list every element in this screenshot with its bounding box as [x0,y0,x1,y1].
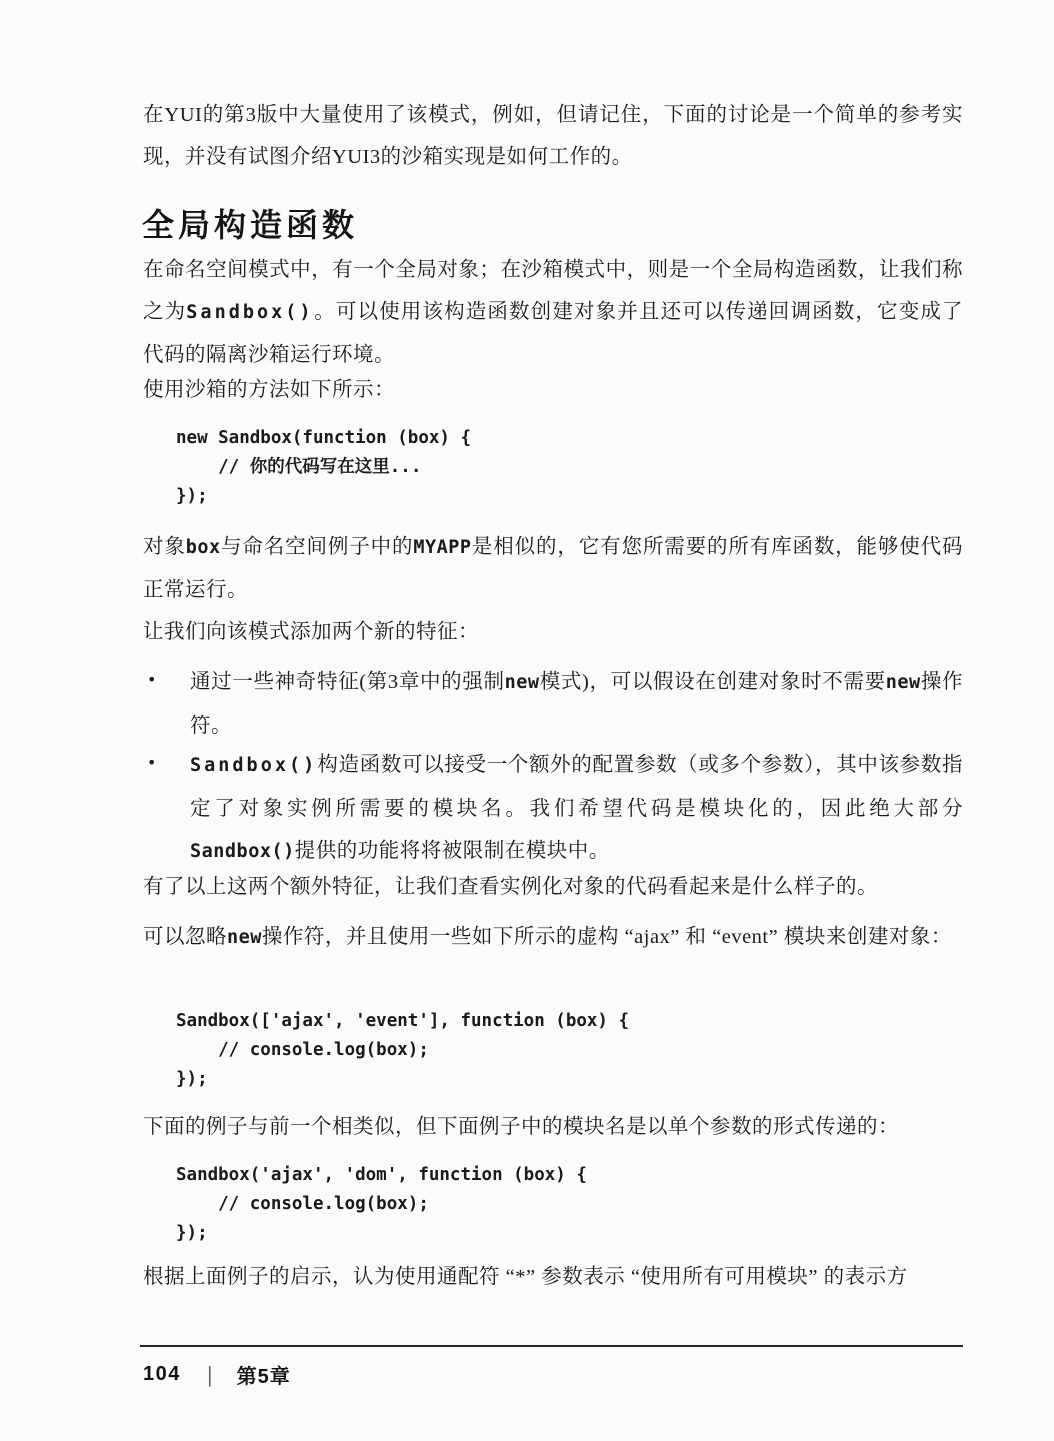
code-block-ajax-dom: Sandbox('ajax', 'dom', function (box) { … [176,1161,587,1248]
bullet-marker-icon: • [147,670,156,689]
text-run: 对象 [143,536,186,558]
inline-code: MYAPP [413,537,471,558]
feature-item-text: Sandbox()构造函数可以接受一个额外的配置参数（或多个参数），其中该参数指… [190,744,963,874]
page-footer: 104 | 第5章 [143,1360,291,1389]
inline-code: new [886,672,921,693]
text-run: 在YUI的第3版中大量使用了该模式，例如，但请记住，下面的讨论是一个简单的参考实… [143,104,963,168]
intro-paragraph: 在YUI的第3版中大量使用了该模式，例如，但请记住，下面的讨论是一个简单的参考实… [143,94,963,178]
text-run: 通过一些神奇特征(第3章中的强制 [190,671,505,693]
feature-item-config-params: • Sandbox()构造函数可以接受一个额外的配置参数（或多个参数），其中该参… [143,744,963,874]
text-run: 与命名空间例子中的 [221,536,414,558]
after-features-paragraph: 有了以上这两个额外特征，让我们查看实例化对象的代码看起来是什么样子的。 [143,866,963,908]
text-run: 根据上面例子的启示，认为使用通配符 “*” 参数表示 “使用所有可用模块” 的表… [143,1266,908,1288]
namespace-paragraph: 在命名空间模式中，有一个全局对象；在沙箱模式中，则是一个全局构造函数，让我们称之… [143,249,963,376]
box-myapp-paragraph: 对象box与命名空间例子中的MYAPP是相似的，它有您所需要的所有库函数，能够使… [143,526,963,611]
inline-code: Sandbox() [190,755,317,776]
footer-divider: | [208,1362,211,1388]
feature-item-text: 通过一些神奇特征(第3章中的强制new模式)，可以假设在创建对象时不需要new操… [190,661,963,747]
text-run: 让我们向该模式添加两个新的特征： [143,621,479,643]
text-run: 使用沙箱的方法如下所示： [143,379,395,401]
feature-item-new-operator: • 通过一些神奇特征(第3章中的强制new模式)，可以假设在创建对象时不需要ne… [143,661,963,747]
bullet-marker-icon: • [147,753,156,772]
inline-code: box [186,537,221,558]
text-run: 模式)，可以假设在创建对象时不需要 [540,671,886,693]
text-run: 有了以上这两个额外特征，让我们查看实例化对象的代码看起来是什么样子的。 [143,876,878,898]
inline-code: Sandbox() [190,841,295,862]
wildcard-paragraph: 根据上面例子的启示，认为使用通配符 “*” 参数表示 “使用所有可用模块” 的表… [143,1256,963,1298]
text-run: 可以忽略 [143,926,227,948]
usage-paragraph: 使用沙箱的方法如下所示： [143,369,963,411]
code-block-ajax-event: Sandbox(['ajax', 'event'], function (box… [176,1007,629,1094]
inline-code: Sandbox() [186,302,313,323]
code-block-new-sandbox: new Sandbox(function (box) { // 你的代码写在这里… [176,424,471,511]
inline-code: new [227,927,262,948]
page-number: 104 [143,1363,181,1386]
section-heading: 全局构造函数 [142,200,358,246]
single-param-paragraph: 下面的例子与前一个相类似，但下面例子中的模块名是以单个参数的形式传递的： [143,1106,963,1148]
text-run: 操作符，并且使用一些如下所示的虚构 “ajax” 和 “event” 模块来创建… [262,926,952,948]
footer-rule [140,1345,963,1347]
two-features-paragraph: 让我们向该模式添加两个新的特征： [143,611,963,653]
chapter-label: 第5章 [237,1360,291,1389]
book-page: 在YUI的第3版中大量使用了该模式，例如，但请记住，下面的讨论是一个简单的参考实… [0,0,1054,1441]
text-run: 下面的例子与前一个相类似，但下面例子中的模块名是以单个参数的形式传递的： [143,1116,899,1138]
ignore-new-paragraph: 可以忽略new操作符，并且使用一些如下所示的虚构 “ajax” 和 “event… [143,916,963,959]
inline-code: new [505,672,540,693]
text-run: 提供的功能将将被限制在模块中。 [295,840,610,862]
